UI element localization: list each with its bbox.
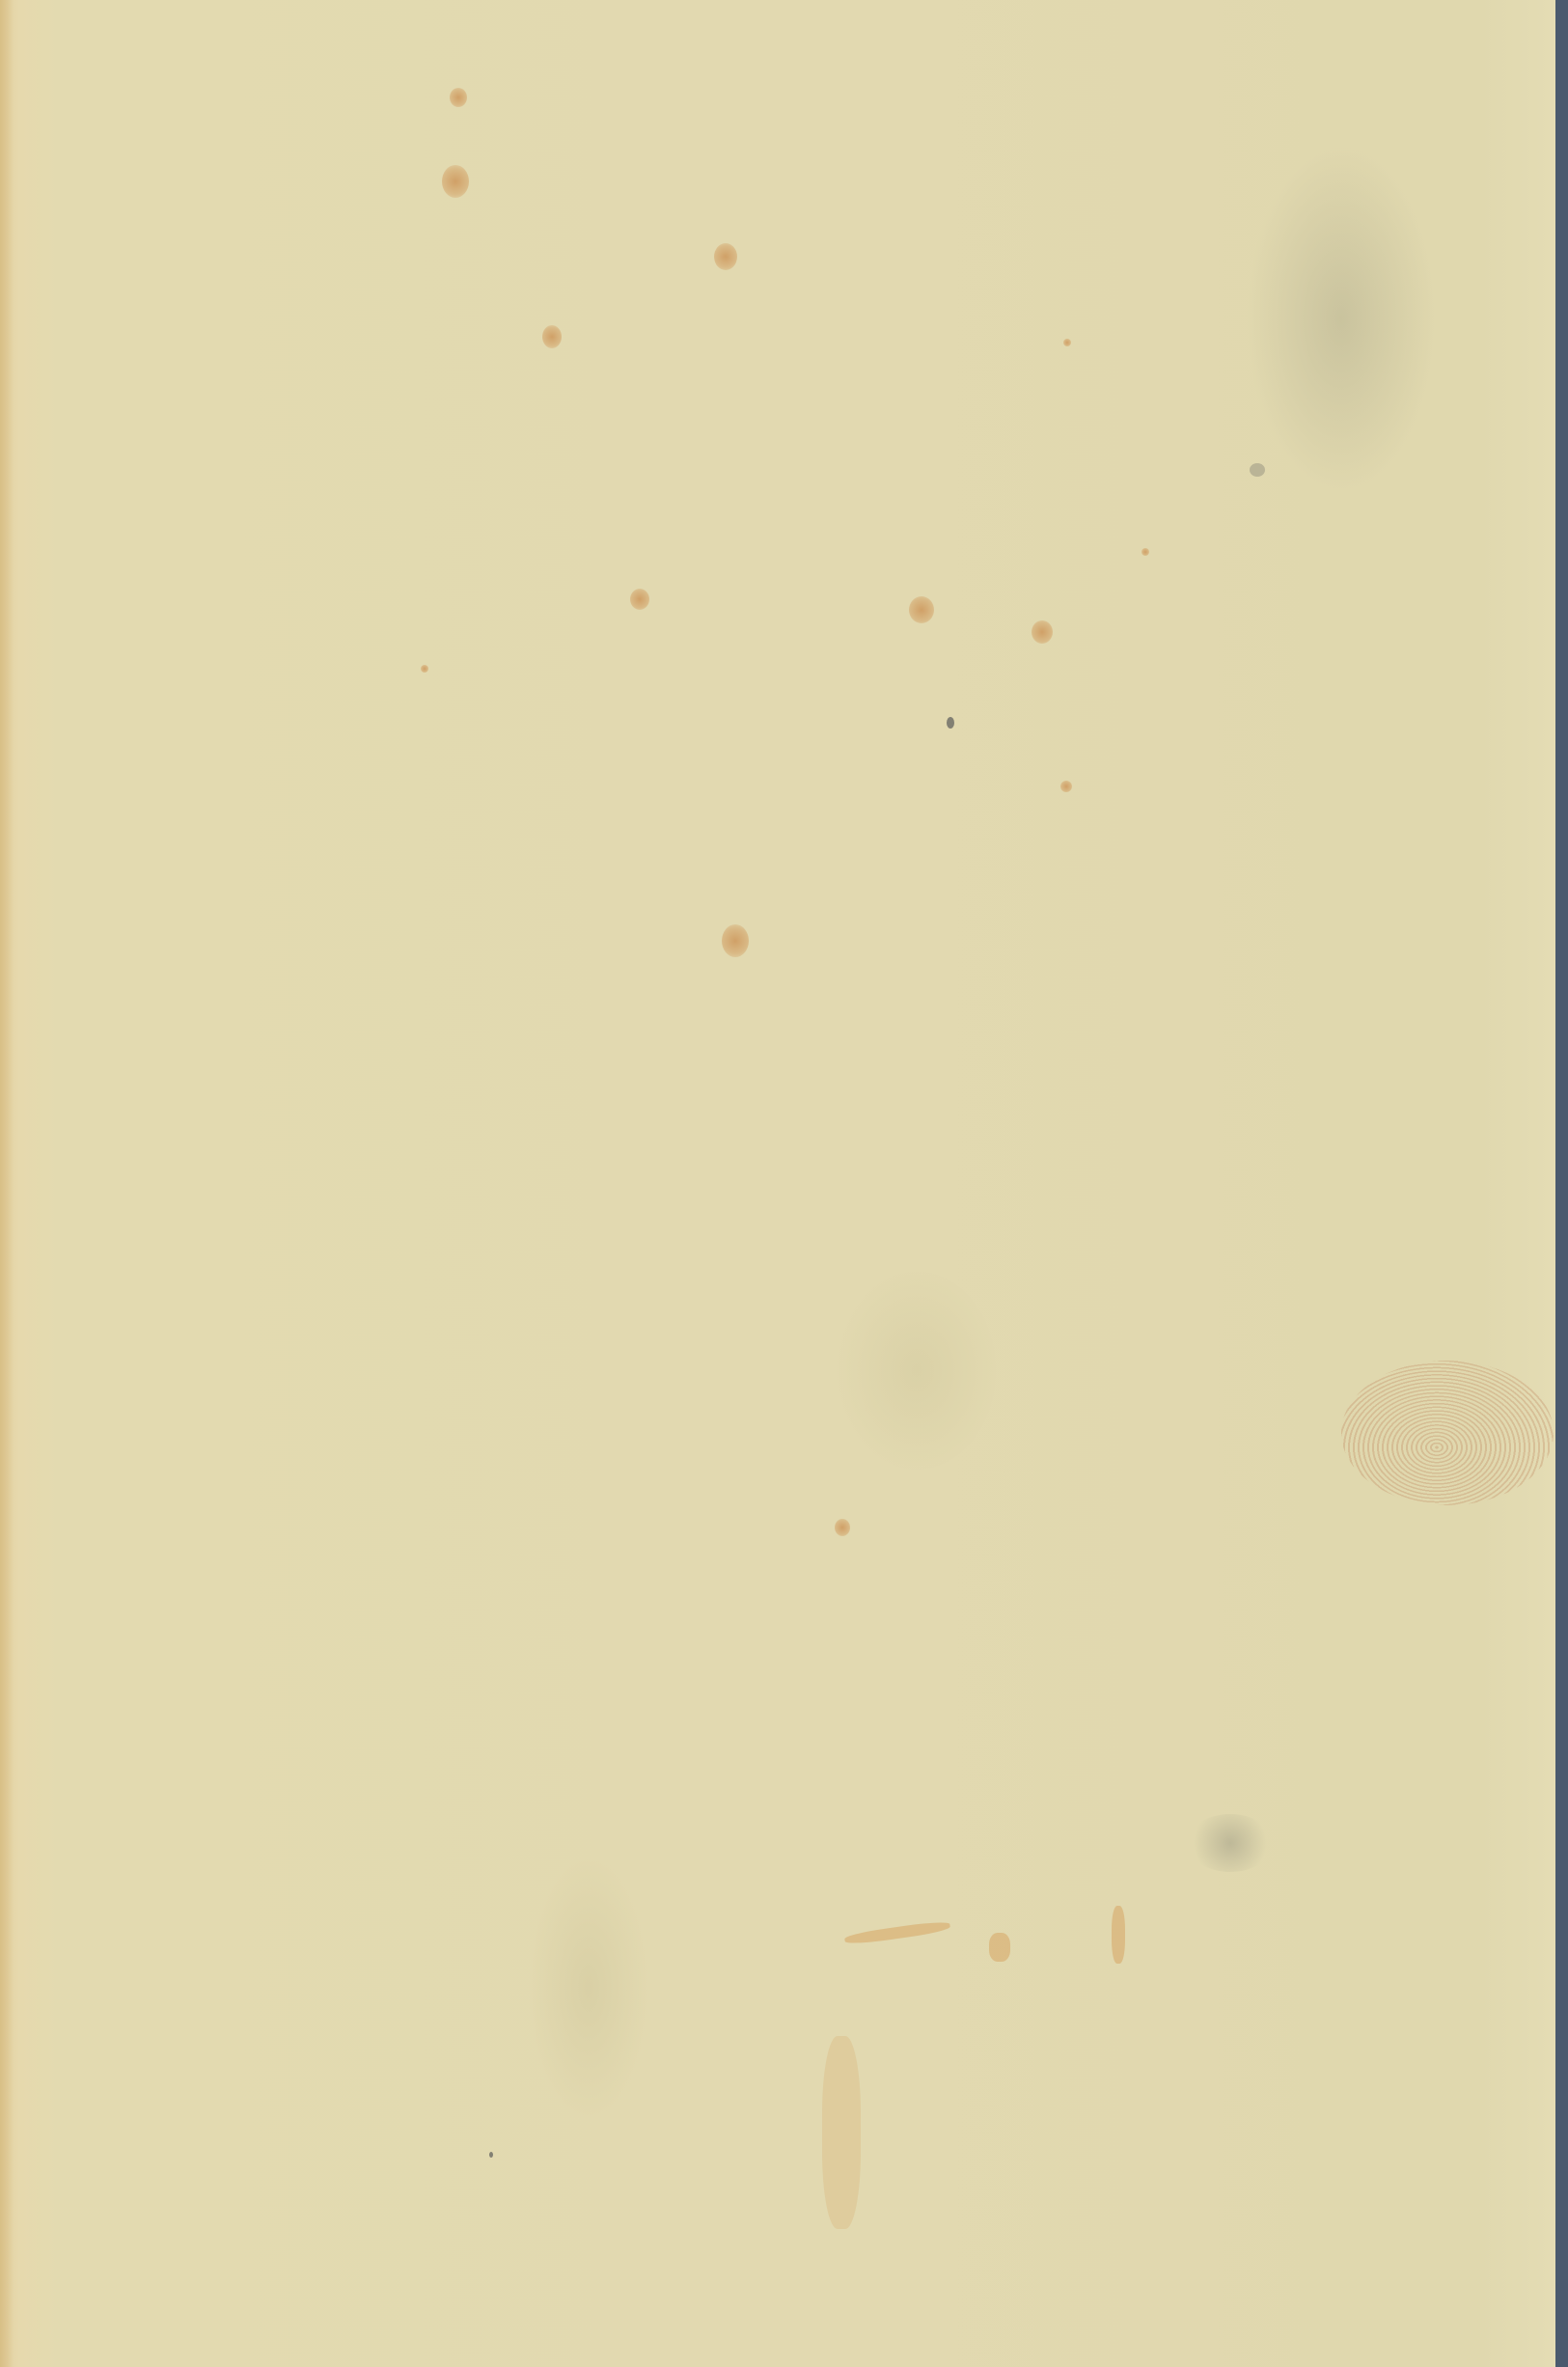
foxing-spot xyxy=(542,325,562,348)
foxing-spot xyxy=(1142,548,1149,556)
foxing-spot xyxy=(442,165,469,198)
paper-page xyxy=(0,0,1555,2367)
ink-speck xyxy=(947,717,954,729)
fingerprint-stain xyxy=(1341,1361,1554,1505)
foxing-spot xyxy=(1063,339,1071,346)
foxing-spot xyxy=(1060,781,1072,792)
ink-speck xyxy=(1250,463,1265,477)
page-left-edge xyxy=(0,0,14,2367)
foxing-spot xyxy=(1032,620,1053,644)
stain-streak xyxy=(844,1919,951,1945)
stain-streak xyxy=(989,1933,1010,1962)
ink-speck xyxy=(489,2152,493,2158)
foxing-spot xyxy=(630,589,649,610)
stain-streak xyxy=(1112,1906,1125,1964)
foxing-spot xyxy=(421,665,428,673)
foxing-spot xyxy=(835,1519,850,1536)
foxing-spot xyxy=(714,243,737,270)
foxing-spot xyxy=(909,596,934,623)
foxing-spot xyxy=(722,924,749,957)
stain-streak xyxy=(822,2036,861,2229)
foxing-spot xyxy=(450,88,467,107)
smudge xyxy=(1187,1814,1274,1872)
